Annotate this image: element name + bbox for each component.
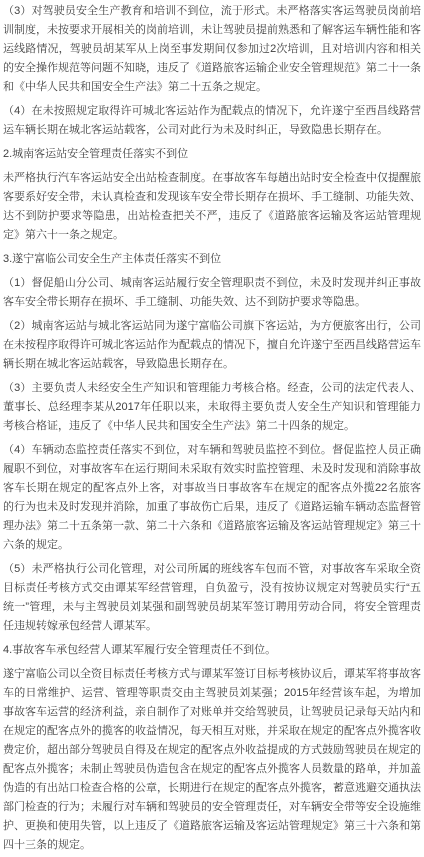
paragraph-fulin-item-4-monitoring: （4）车辆动态监控责任落实不到位，对车辆和驾驶员监控不到位。督促监控人员正确履职… [3, 441, 421, 555]
paragraph-fulin-item-2-stations: （2）城南客运站与城北客运站同为遂宁富临公司旗下客运站，为方便旅客出行，公司在未… [3, 317, 421, 374]
section-heading-2-chengnan-station: 2.城南客运站安全管理责任落实不到位 [3, 145, 421, 164]
paragraph-fulin-item-3-principal: （3）主要负责人未经安全生产知识和管理能力考核合格。经查，公司的法定代表人、董事… [3, 379, 421, 436]
paragraph-chengnan-station-inspection: 未严格执行汽车客运站安全出站检查制度。在事故客车每趟出站时安全检查中仅提醒旅客要… [3, 169, 421, 245]
paragraph-item-3-training: （3）对驾驶员安全生产教育和培训不到位，流于形式。未严格落实客运驾驶员岗前培训制… [3, 2, 421, 97]
accident-report-document: （3）对驾驶员安全生产教育和培训不到位，流于形式。未严格落实客运驾驶员岗前培训制… [0, 0, 424, 855]
section-heading-3-fulin-company: 3.遂宁富临公司安全生产主体责任落实不到位 [3, 250, 421, 269]
paragraph-item-4-loading-point: （4）在未按照规定取得许可城北客运站作为配载点的情况下，允许遂宁至西昌线路营运车… [3, 102, 421, 140]
paragraph-fulin-item-5-management: （5）未严格执行公司化管理，对公司所属的班线客车包而不管，对事故客车采取全资目标… [3, 560, 421, 636]
paragraph-contract-operator-detail: 遂宁富临公司以全资目标责任考核方式与谭某军签订目标考核协议后，谭某军将事故客车的… [3, 665, 421, 855]
section-heading-4-contract-operator: 4.事故客车承包经营人谭某军履行安全管理责任不到位。 [3, 641, 421, 660]
paragraph-fulin-item-1-supervision: （1）督促船山分公司、城南客运站履行安全管理职责不到位，未及时发现并纠正事故客车… [3, 274, 421, 312]
